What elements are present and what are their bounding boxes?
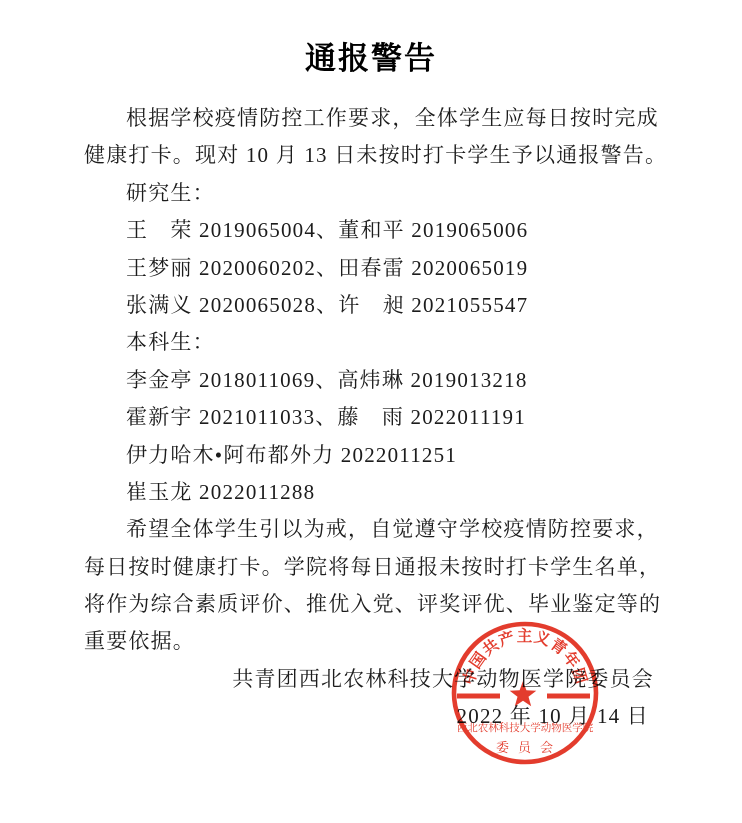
stamp-committee-text: 委员会 <box>496 740 562 755</box>
stamp-seal: 中国共产主义青年团 西北农林科技大学动物医学院 委员会 <box>450 618 600 768</box>
body-text-line: 张满义 2020065028、许 昶 2021055547 <box>84 287 659 324</box>
page-title: 通报警告 <box>0 38 742 80</box>
stamp-bar-right <box>547 694 590 699</box>
body-text-line: 王梦丽 2020060202、田春雷 2020065019 <box>84 250 659 287</box>
body-text-line: 希望全体学生引以为戒，自觉遵守学校疫情防控要求， <box>84 511 659 548</box>
body-text-line: 李金亭 2018011069、高炜琳 2019013218 <box>84 362 659 399</box>
body-text-line: 本科生： <box>84 324 659 361</box>
body-text-line: 霍新宇 2021011033、藤 雨 2022011191 <box>84 399 659 436</box>
body-text-line: 伊力哈木•阿布都外力 2022011251 <box>84 437 659 474</box>
body-text-line: 每日按时健康打卡。学院将每日通报未按时打卡学生名单， <box>84 549 659 586</box>
svg-text:中国共产主义青年团: 中国共产主义青年团 <box>459 626 591 687</box>
stamp-organization-text: 西北农林科技大学动物医学院 <box>457 721 594 734</box>
body-lines: 根据学校疫情防控工作要求，全体学生应每日按时完成健康打卡。现对 10 月 13 … <box>84 100 659 661</box>
body-text-line: 崔玉龙 2022011288 <box>84 474 659 511</box>
page: { "document": { "title": "通报警告", "body_l… <box>0 0 742 823</box>
body-text-line: 研究生： <box>84 175 659 212</box>
stamp-bar-left <box>457 694 500 699</box>
star-icon <box>510 681 537 706</box>
body-text-line: 健康打卡。现对 10 月 13 日未按时打卡学生予以通报警告。 <box>84 137 659 174</box>
body-text-line: 根据学校疫情防控工作要求，全体学生应每日按时完成 <box>84 100 659 137</box>
stamp-ring-text: 中国共产主义青年团 <box>459 626 591 687</box>
body-text-line: 王 荣 2019065004、董和平 2019065006 <box>84 212 659 249</box>
